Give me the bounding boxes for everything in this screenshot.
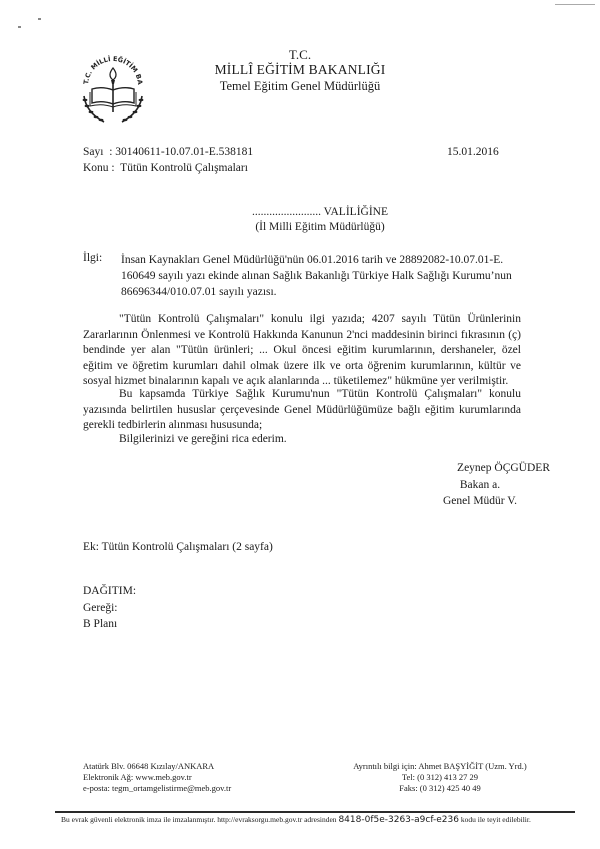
verification-code: 8418-0f5e-3263-a9cf-e236 — [338, 815, 459, 825]
footer-divider — [55, 811, 575, 813]
body-paragraph-1: "Tütün Kontrolü Çalışmaları" konulu ilgi… — [83, 312, 521, 390]
sayi-label: Sayı — [83, 146, 103, 158]
konu-value: Tütün Kontrolü Çalışmaları — [120, 162, 248, 174]
scan-speck — [555, 4, 595, 5]
ilgi-label: İlgi: — [83, 252, 102, 264]
attachment-line: Ek: Tütün Kontrolü Çalışmaları (2 sayfa) — [83, 541, 273, 553]
distribution-block: DAĞITIM: Gereği: B Planı — [83, 583, 136, 633]
signature-block: Zeynep ÖÇGÜDER Bakan a. Genel Müdür V. — [410, 460, 550, 510]
ilgi-text: İnsan Kaynakları Genel Müdürlüğü'nün 06.… — [121, 252, 521, 300]
konu-label: Konu : — [83, 162, 115, 174]
footer-web: Elektronik Ağ: www.meb.gov.tr — [83, 772, 231, 783]
footer-tel: Tel: (0 312) 413 27 29 — [340, 772, 540, 783]
distribution-line-1: Gereği: — [83, 600, 136, 617]
header-ministry: MİLLÎ EĞİTİM BAKANLIĞI — [180, 62, 420, 78]
footer-fax: Faks: (0 312) 425 40 49 — [340, 783, 540, 794]
header-tc: T.C. — [180, 47, 420, 63]
header-directorate: Temel Eğitim Genel Müdürlüğü — [180, 79, 420, 94]
svg-text:T.C. MİLLİ EĞİTİM BAKANLIĞI: T.C. MİLLİ EĞİTİM BAKANLIĞI — [78, 46, 144, 85]
body-paragraph-3: Bilgilerinizi ve gereğini rica ederim. — [83, 432, 521, 448]
body-paragraph-2: Bu kapsamda Türkiye Sağlık Kurumu'nun "T… — [83, 387, 521, 434]
footer-contact-right: Ayrıntılı bilgi için: Ahmet BAŞYİĞİT (Uz… — [340, 761, 540, 794]
footer-contact-left: Atatürk Blv. 06648 Kızılay/ANKARA Elektr… — [83, 761, 231, 794]
verification-line: Bu evrak güvenli elektronik imza ile imz… — [61, 815, 531, 825]
signatory-title-1: Bakan a. — [410, 477, 550, 494]
document-date: 15.01.2016 — [447, 146, 499, 158]
subject: Konu : Tütün Kontrolü Çalışmaları — [83, 162, 248, 174]
scan-speck — [38, 18, 41, 20]
ministry-logo: T.C. MİLLİ EĞİTİM BAKANLIĞI — [78, 46, 148, 126]
sayi-value: : 30140611-10.07.01-E.538181 — [109, 146, 253, 158]
footer-email: e-posta: tegm_ortamgelistirme@meb.gov.tr — [83, 783, 231, 794]
addressee: ........................ VALİLİĞİNE — [200, 206, 440, 218]
scan-speck — [18, 26, 21, 28]
distribution-heading: DAĞITIM: — [83, 583, 136, 600]
footer-address: Atatürk Blv. 06648 Kızılay/ANKARA — [83, 761, 231, 772]
distribution-line-2: B Planı — [83, 616, 136, 633]
footer-contact-person: Ayrıntılı bilgi için: Ahmet BAŞYİĞİT (Uz… — [340, 761, 540, 772]
signatory-title-2: Genel Müdür V. — [410, 493, 550, 510]
verification-prefix: Bu evrak güvenli elektronik imza ile imz… — [61, 815, 337, 824]
addressee-subtitle: (İl Milli Eğitim Müdürlüğü) — [200, 221, 440, 233]
reference-number: Sayı : 30140611-10.07.01-E.538181 — [83, 146, 253, 158]
verification-suffix: kodu ile teyit edilebilir. — [461, 815, 531, 824]
signatory-name: Zeynep ÖÇGÜDER — [410, 460, 550, 477]
